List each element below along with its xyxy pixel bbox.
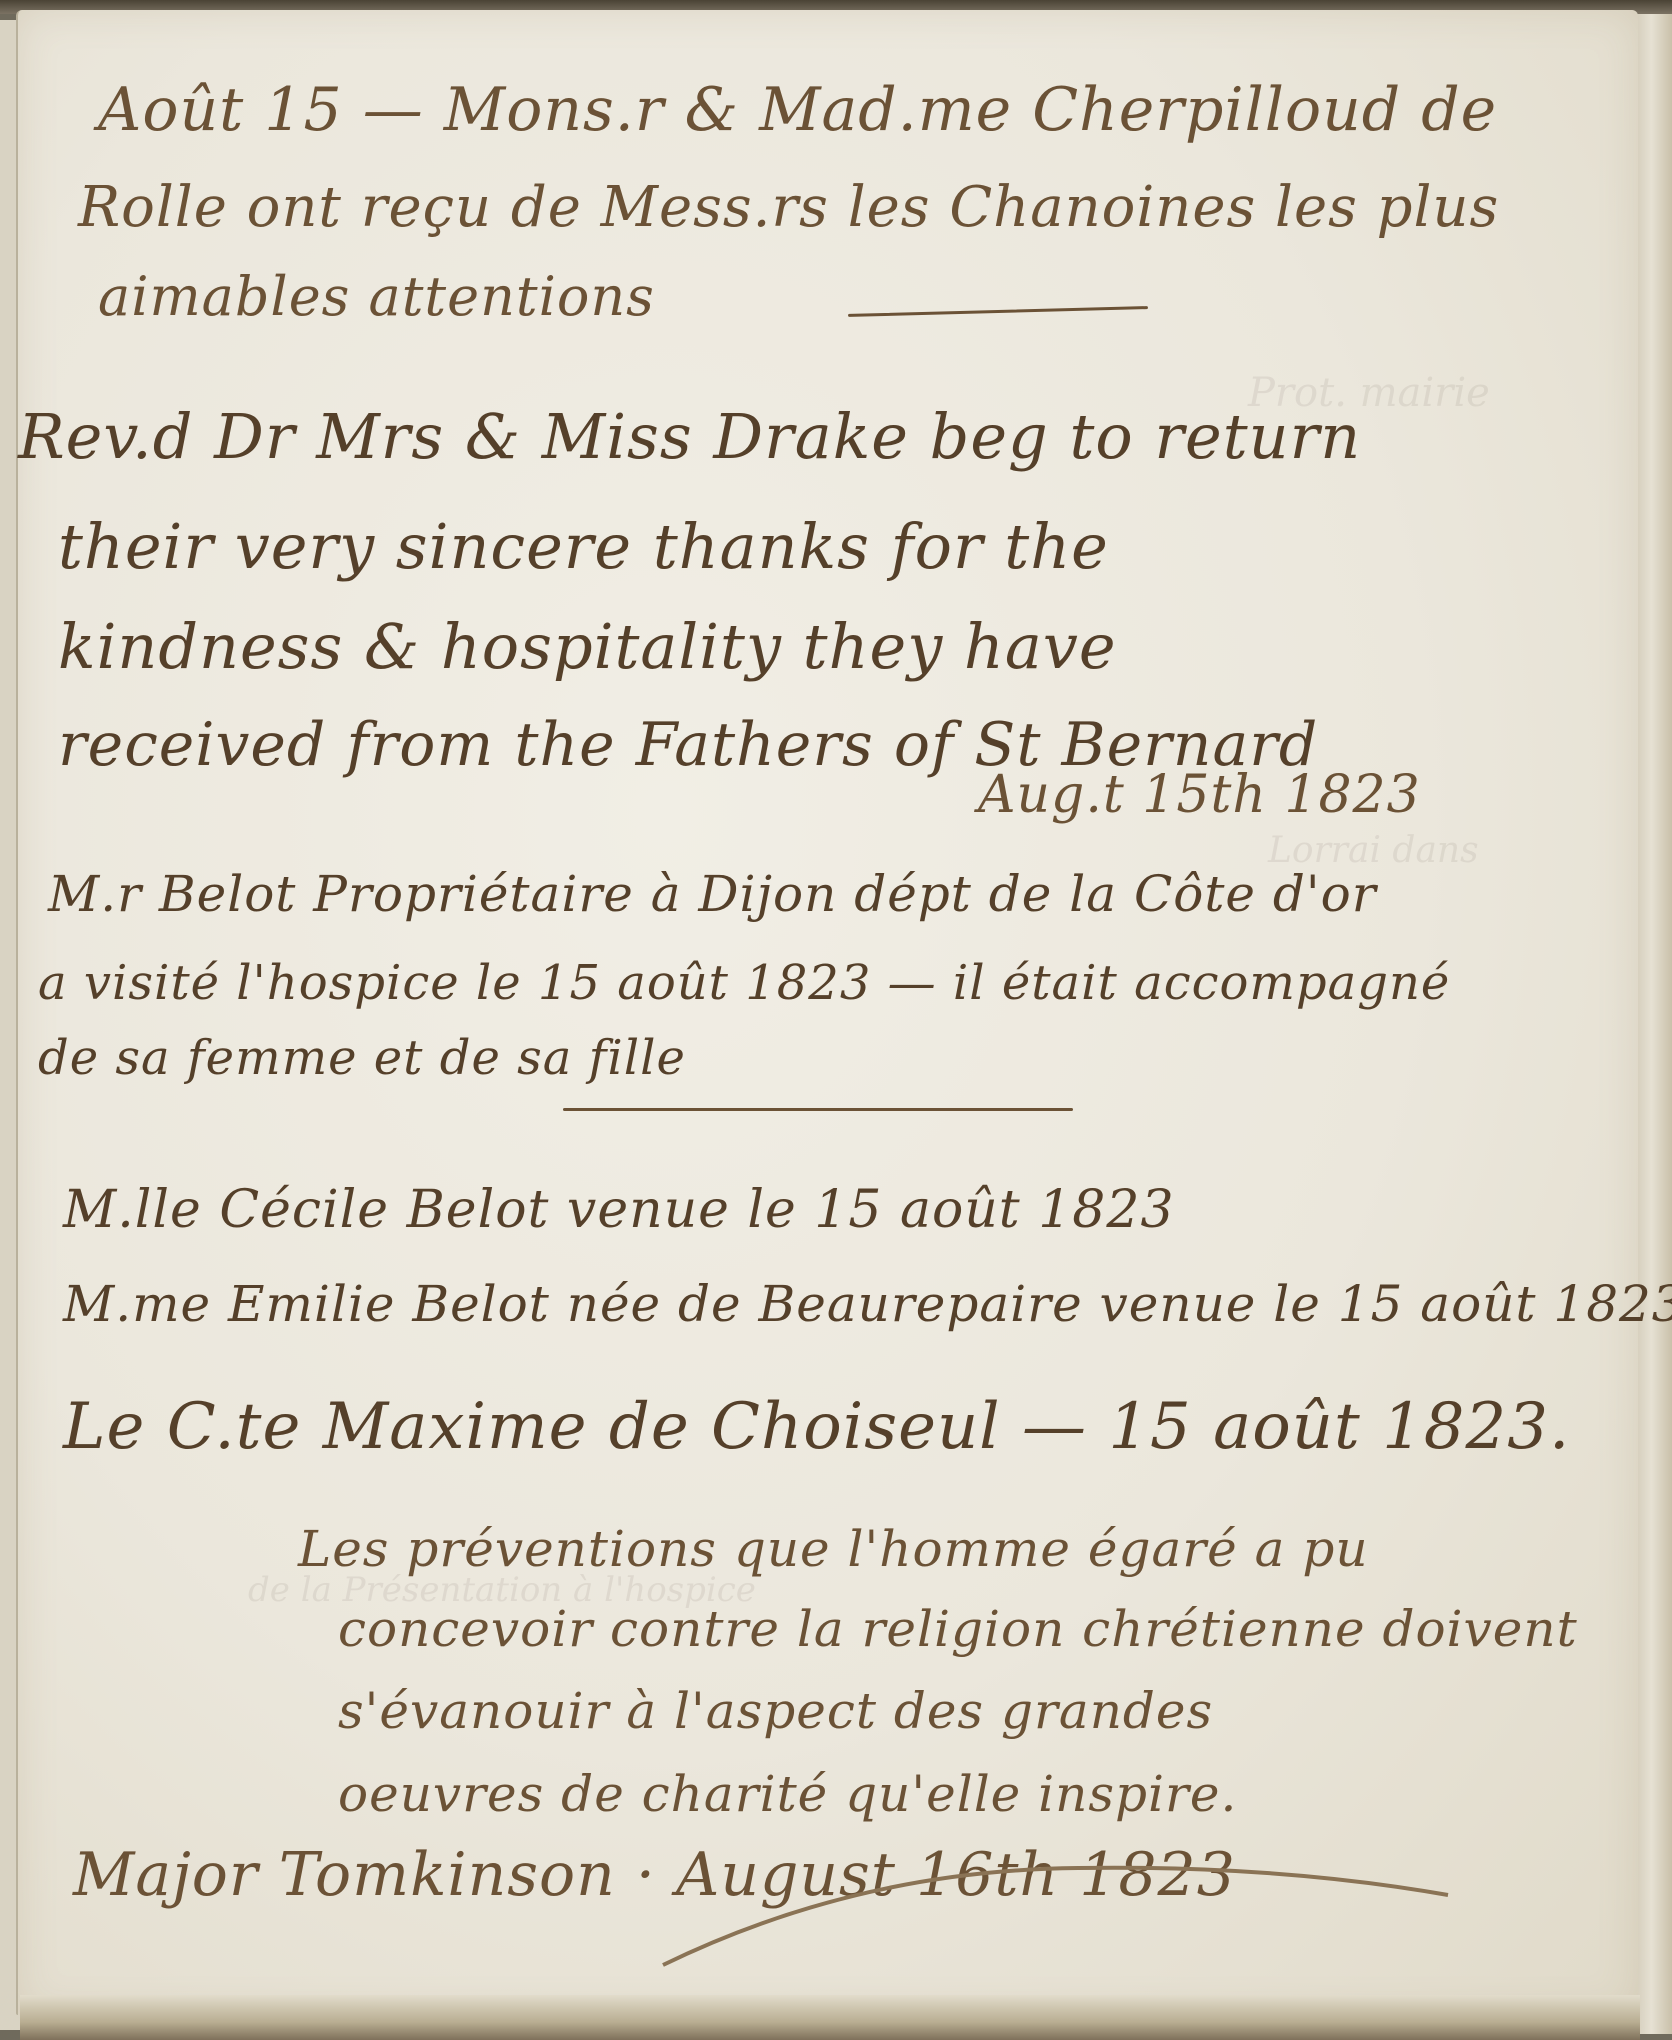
entry-line: aimables attentions: [98, 265, 655, 328]
entry-line: de sa femme et de sa fille: [38, 1030, 686, 1086]
entry-date: Aug.t 15th 1823: [978, 765, 1421, 825]
entry-line: oeuvres de charité qu'elle inspire.: [338, 1765, 1237, 1823]
entry-line: s'évanouir à l'aspect des grandes: [338, 1682, 1213, 1740]
entry-line: Août 15 — Mons.r & Mad.me Cherpilloud de: [98, 75, 1497, 145]
page-stack-bottom-edge: [20, 1995, 1640, 2040]
underline-flourish: [563, 1108, 1073, 1111]
entry-choiseul: Le C.te Maxime de Choiseul — 15 août 182…: [63, 1390, 1570, 1464]
entry-line: Rolle ont reçu de Mess.rs les Chanoines …: [78, 175, 1499, 240]
entry-line: concevoir contre la religion chrétienne …: [338, 1600, 1578, 1658]
entry-line: their very sincere thanks for the: [58, 510, 1109, 583]
entry-line: kindness & hospitality they have: [58, 610, 1117, 683]
entry-line: Rev.d Dr Mrs & Miss Drake beg to return: [18, 400, 1361, 473]
entry-cecile-belot: M.lle Cécile Belot venue le 15 août 1823: [63, 1180, 1175, 1240]
entry-emilie-belot: M.me Emilie Belot née de Beaurepaire ven…: [63, 1275, 1672, 1333]
underline-flourish: [848, 306, 1148, 317]
entry-line: M.r Belot Propriétaire à Dijon dépt de l…: [48, 865, 1377, 923]
signature-flourish: [658, 1860, 1478, 1970]
entry-line: a visité l'hospice le 15 août 1823 — il …: [38, 955, 1450, 1011]
entry-line: Les préventions que l'homme égaré a pu: [298, 1520, 1369, 1578]
manuscript-page: Prot. mairie Lorrai dans de la Présentat…: [16, 10, 1638, 2015]
page-stack-right-edge: [1636, 14, 1672, 2034]
